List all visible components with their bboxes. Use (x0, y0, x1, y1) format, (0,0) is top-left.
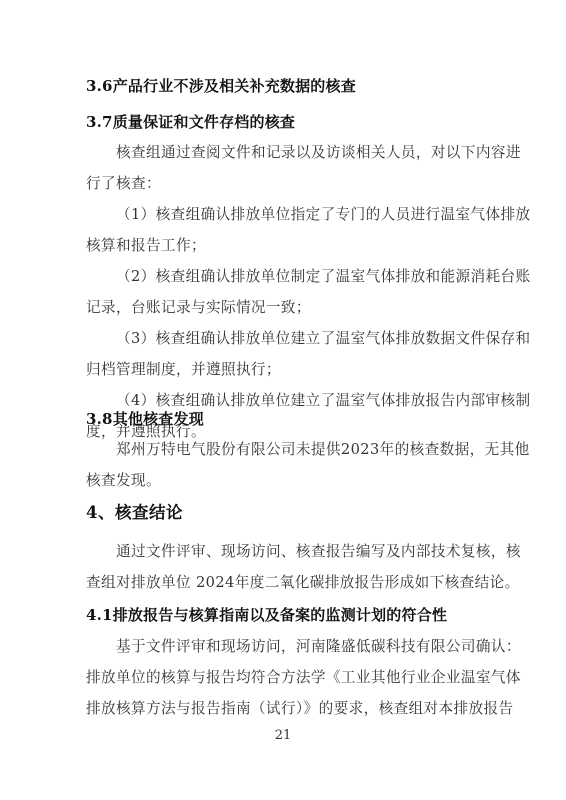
paragraph-line: 查组对排放单位 2024年度二氧化碳排放报告形成如下核查结论。 (86, 573, 520, 593)
paragraph-line: 核查组通过查阅文件和记录以及访谈相关人员，对以下内容进 (116, 143, 521, 163)
paragraph-line: 郑州万特电气股份有限公司未提供2023年的核查数据，无其他 (116, 440, 530, 460)
list-item-1-cont: 核算和报告工作； (86, 236, 206, 256)
paragraph-line: 基于文件评审和现场访问，河南隆盛低碳科技有限公司确认： (116, 637, 521, 657)
section-3-8-heading: 3.8其他核查发现 (86, 409, 204, 429)
list-item-2: （2）核查组确认排放单位制定了温室气体排放和能源消耗台账 (116, 267, 531, 287)
document-page: 3.6产品行业不涉及相关补充数据的核查 3.7质量保证和文件存档的核查 核查组通… (0, 0, 566, 800)
section-4-heading: 4、核查结论 (86, 503, 183, 523)
paragraph-line: 通过文件评审、现场访问、核查报告编写及内部技术复核，核 (116, 542, 521, 562)
paragraph-line: 核查发现。 (86, 471, 161, 491)
section-3-7-heading: 3.7质量保证和文件存档的核查 (86, 112, 295, 132)
list-item-3-cont: 归档管理制度，并遵照执行； (86, 360, 281, 380)
section-4-1-heading: 4.1排放报告与核算指南以及备案的监测计划的符合性 (86, 605, 447, 625)
list-item-2-cont: 记录，台账记录与实际情况一致； (86, 298, 311, 318)
list-item-1: （1）核查组确认排放单位指定了专门的人员进行温室气体排放 (116, 205, 531, 225)
list-item-4: （4）核查组确认排放单位建立了温室气体排放报告内部审核制 (116, 391, 531, 411)
paragraph-line: 排放核算方法与报告指南（试行）》的要求，核查组对本排放报告 (86, 699, 514, 719)
section-3-6-heading: 3.6产品行业不涉及相关补充数据的核查 (86, 76, 356, 96)
paragraph-line: 排放单位的核算与报告均符合方法学《工业其他行业企业温室气体 (86, 668, 521, 688)
list-item-3: （3）核查组确认排放单位建立了温室气体排放数据文件保存和 (116, 329, 531, 349)
page-number: 21 (0, 728, 566, 743)
paragraph-line: 行了核查： (86, 174, 161, 194)
